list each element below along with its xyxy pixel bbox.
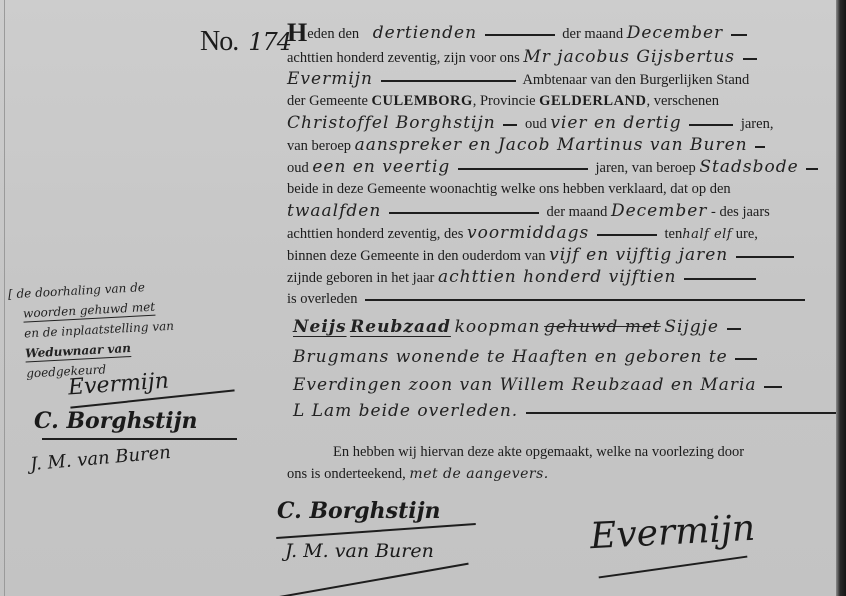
record-line-14: Neijs Reubzaad koopman gehuwd met Sijgje	[293, 316, 833, 338]
handwritten-month: December	[627, 23, 723, 43]
record-line-16: Everdingen zoon van Willem Reubzaad en M…	[293, 374, 833, 396]
printed-text: ten	[665, 226, 683, 242]
handwritten-death-day: twaalfden	[287, 201, 381, 221]
record-line-13: is overleden	[287, 288, 827, 310]
record-line-17: L Lam beide overleden.	[293, 400, 833, 422]
record-line-3: Evermijn Ambtenaar van den Burgerlijken …	[287, 68, 827, 90]
record-line-2: achttien honderd zeventig, zijn voor ons…	[287, 46, 827, 68]
signature-underline	[42, 438, 237, 440]
acte-number-value: 174	[248, 28, 291, 56]
handwritten-age-2: een en veertig	[312, 157, 450, 177]
record-line-8: beide in deze Gemeente woonachtig welke …	[287, 178, 827, 200]
deceased-first-name: Neijs	[293, 317, 347, 337]
signature-official: Evermijn	[589, 508, 756, 558]
fill-line	[684, 278, 756, 280]
deceased-surname: Reubzaad	[350, 317, 451, 337]
printed-text: oud	[287, 160, 309, 176]
handwritten-occupation-informant-2: aanspreker en Jacob Martinus van Buren	[355, 135, 748, 155]
handwritten-official-name: Mr jacobus Gijsbertus	[523, 47, 735, 67]
fill-line	[503, 124, 517, 126]
handwritten-text: Everdingen zoon van Willem Reubzaad en M…	[293, 375, 757, 395]
fill-line	[458, 168, 588, 170]
fill-line	[381, 80, 516, 82]
printed-text: der maand	[547, 204, 608, 220]
printed-text: , Provincie	[473, 93, 536, 109]
printed-text: binnen deze Gemeente in den ouderdom van	[287, 248, 546, 264]
handwritten-occupation-2: Stadsbode	[699, 157, 798, 177]
fill-line	[526, 412, 846, 414]
fill-line	[764, 386, 782, 388]
handwritten-age-1: vier en dertig	[550, 113, 681, 133]
acte-number: No. 174	[200, 26, 291, 58]
printed-text: , verschenen	[647, 93, 719, 109]
printed-text: achttien honderd zeventig, zijn voor ons	[287, 50, 520, 66]
printed-text: En hebben wij hiervan deze akte opgemaak…	[333, 444, 744, 460]
printed-text: der maand	[562, 26, 623, 42]
handwritten-text: met de aangevers.	[409, 466, 548, 482]
record-line-19: ons is onderteekend, met de aangevers.	[287, 463, 827, 485]
handwritten-day: dertienden	[373, 23, 477, 43]
fill-line	[597, 234, 657, 236]
printed-text: jaren, van beroep	[596, 160, 696, 176]
fill-line	[736, 256, 794, 258]
fill-line	[727, 328, 741, 330]
scanned-record-page: No. 174 Heden den dertienden der maand D…	[0, 0, 836, 596]
municipality-name: CULEMBORG	[372, 93, 473, 109]
record-line-5: Christoffel Borghstijn oud vier en derti…	[287, 112, 827, 134]
printed-text: - des jaars	[711, 204, 770, 220]
province-name: GELDERLAND	[539, 93, 646, 109]
margin-signature-informant-1: C. Borghstijn	[34, 408, 198, 434]
signature-underline	[599, 556, 748, 579]
margin-signature-informant-2: J. M. van Buren	[29, 442, 171, 475]
printed-text: eden den	[307, 26, 359, 42]
record-line-6: van beroep aanspreker en Jacob Martinus …	[287, 134, 827, 156]
printed-text: ure,	[736, 226, 758, 242]
record-line-15: Brugmans wonende te Haaften en geboren t…	[293, 346, 833, 368]
record-line-12: zijnde geboren in het jaar achttien hond…	[287, 266, 827, 288]
handwritten-text: L Lam beide overleden.	[293, 401, 518, 421]
page-border-line	[4, 0, 5, 596]
printed-text: van beroep	[287, 138, 351, 154]
handwritten-spouse-first-name: Sijgje	[664, 317, 719, 337]
handwritten-deceased-age: vijf en vijftig jaren	[549, 245, 728, 265]
record-line-1: Heden den dertienden der maand December	[287, 22, 827, 44]
printed-text: der Gemeente	[287, 93, 368, 109]
signature-underline	[271, 563, 468, 596]
handwritten-text: Brugmans wonende te Haaften en geboren t…	[293, 347, 728, 367]
handwritten-informant-1: Christoffel Borghstijn	[287, 113, 496, 133]
printed-text: jaren,	[741, 116, 774, 132]
fill-line	[743, 58, 757, 60]
printed-text: beide in deze Gemeente woonachtig welke …	[287, 181, 731, 197]
record-line-18: En hebben wij hiervan deze akte opgemaak…	[333, 441, 846, 463]
printed-text: ons is onderteekend,	[287, 466, 406, 482]
signature-underline	[276, 523, 476, 539]
record-line-7: oud een en veertig jaren, van beroep Sta…	[287, 156, 827, 178]
signature-informant-1: C. Borghstijn	[277, 498, 441, 524]
handwritten-hour: half elf	[682, 227, 732, 242]
fill-line	[735, 358, 757, 360]
fill-line	[365, 299, 805, 301]
fill-line	[755, 146, 765, 148]
handwritten-time-of-day: voormiddags	[467, 223, 589, 243]
handwritten-occupation-deceased: koopman	[455, 317, 541, 337]
fill-line	[389, 212, 539, 214]
signature-informant-2: J. M. van Buren	[285, 540, 434, 562]
handwritten-death-month: December	[611, 201, 707, 221]
drop-cap: H	[287, 18, 307, 47]
printed-text: Ambtenaar van den Burgerlijken Stand	[522, 72, 749, 88]
acte-label: No.	[200, 26, 238, 57]
struck-text: gehuwd met	[544, 317, 661, 337]
printed-text: oud	[525, 116, 547, 132]
margin-annotation: [ de doorhaling van de woorden gehuwd me…	[8, 272, 253, 384]
printed-text: achttien honderd zeventig, des	[287, 226, 463, 242]
record-line-4: der Gemeente CULEMBORG, Provincie GELDER…	[287, 90, 827, 112]
printed-text: zijnde geboren in het jaar	[287, 270, 434, 286]
record-line-10: achttien honderd zeventig, des voormidda…	[287, 222, 827, 244]
printed-text: is overleden	[287, 291, 357, 307]
record-line-11: binnen deze Gemeente in den ouderdom van…	[287, 244, 827, 266]
fill-line	[806, 168, 818, 170]
fill-line	[689, 124, 733, 126]
handwritten-birth-year: achttien honderd vijftien	[438, 267, 677, 287]
scan-edge-shadow	[836, 0, 846, 596]
record-line-9: twaalfden der maand December - des jaars	[287, 200, 827, 222]
handwritten-official-surname: Evermijn	[287, 69, 373, 89]
fill-line	[731, 34, 747, 36]
fill-line	[485, 34, 555, 36]
